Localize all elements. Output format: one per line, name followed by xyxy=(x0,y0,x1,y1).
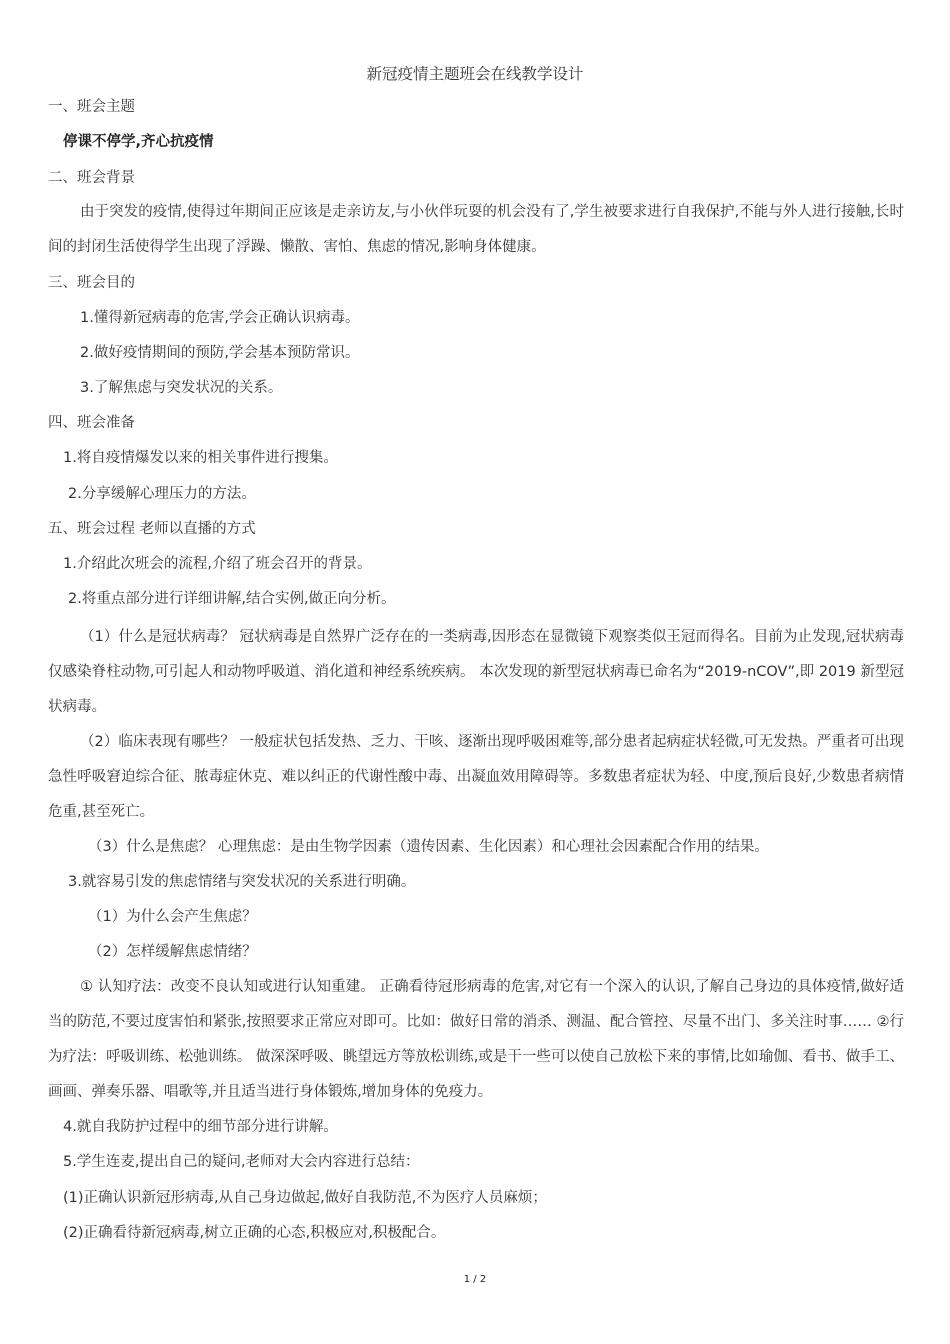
document-title: 新冠疫情主题班会在线教学设计 xyxy=(0,62,950,84)
section-heading-theme: 一、班会主题 xyxy=(48,97,135,117)
question-symptoms: （2）临床表现有哪些？ 一般症状包括发热、乏力、干咳、逐渐出现呼吸困难等,部分患… xyxy=(48,725,904,830)
therapy-paragraph: ① 认知疗法：改变不良认知或进行认知重建。 正确看待冠形病毒的危害,对它有一个深… xyxy=(48,970,904,1110)
theme-text: 停课不停学,齐心抗疫情 xyxy=(63,132,214,152)
section-heading-process: 五、班会过程 老师以直播的方式 xyxy=(48,519,256,539)
summary-item: (1)正确认识新冠形病毒,从自己身边做起,做好自我防范,不为医疗人员麻烦； xyxy=(63,1188,547,1208)
preparation-item: 2.分享缓解心理压力的方法。 xyxy=(68,484,256,504)
section-heading-goals: 三、班会目的 xyxy=(48,273,135,293)
process-step: 5.学生连麦,提出自己的疑问,老师对大会内容进行总结： xyxy=(63,1152,420,1172)
process-step: 4.就自我防护过程中的细节部分进行讲解。 xyxy=(63,1117,338,1137)
question-anxiety: （3）什么是焦虑？ 心理焦虑：是由生物学因素（遗传因素、生化因素）和心理社会因素… xyxy=(88,837,769,857)
page-indicator: 1 / 2 xyxy=(0,1274,950,1285)
question-coronavirus: （1）什么是冠状病毒？ 冠状病毒是自然界广泛存在的一类病毒,因形态在显微镜下观察… xyxy=(48,620,904,725)
sub-question: （2）怎样缓解焦虑情绪？ xyxy=(88,942,257,962)
process-step: 3.就容易引发的焦虑情绪与突发状况的关系进行明确。 xyxy=(68,872,415,892)
sub-question: （1）为什么会产生焦虑？ xyxy=(88,907,257,927)
goal-item: 2.做好疫情期间的预防,学会基本预防常识。 xyxy=(80,343,359,363)
process-step: 2.将重点部分进行详细讲解,结合实例,做正向分析。 xyxy=(68,589,396,609)
summary-item: (2)正确看待新冠病毒,树立正确的心态,积极应对,积极配合。 xyxy=(63,1223,445,1243)
goal-item: 3.了解焦虑与突发状况的关系。 xyxy=(80,378,282,398)
goal-item: 1.懂得新冠病毒的危害,学会正确认识病毒。 xyxy=(80,308,359,328)
section-heading-preparation: 四、班会准备 xyxy=(48,413,135,433)
background-paragraph: 由于突发的疫情,使得过年期间正应该是走亲访友,与小伙伴玩耍的机会没有了,学生被要… xyxy=(48,195,904,265)
section-heading-background: 二、班会背景 xyxy=(48,168,135,188)
process-step: 1.介绍此次班会的流程,介绍了班会召开的背景。 xyxy=(63,554,371,574)
preparation-item: 1.将自疫情爆发以来的相关事件进行搜集。 xyxy=(63,448,338,468)
